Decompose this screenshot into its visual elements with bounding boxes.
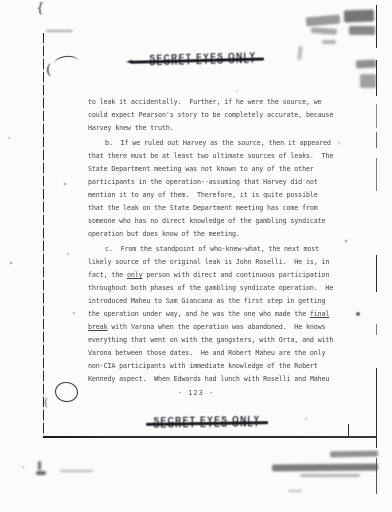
text-line: State Department meeting was not known t… <box>88 163 350 176</box>
smudge-mark <box>360 74 376 88</box>
text-line: c. From the standpoint of who-knew-what,… <box>88 243 350 256</box>
text-line: break with Varona when the operation was… <box>88 321 350 334</box>
pen-tick-mark <box>38 461 41 470</box>
smudge-mark <box>311 27 337 35</box>
page-edge-right <box>376 158 377 191</box>
text-line: that the leak on the State Department me… <box>88 202 350 215</box>
speck <box>305 418 307 420</box>
text-line: likely source of the original leak is Jo… <box>88 256 350 269</box>
page-border-tick <box>348 424 349 437</box>
page-edge-right <box>376 324 377 335</box>
smudge-mark <box>349 26 375 35</box>
pen-paren-mark: ( <box>44 396 48 409</box>
text-line: introduced Maheu to Sam Giancana as the … <box>88 295 350 308</box>
body-text: to leak it accidentally. Further, if he … <box>88 96 350 386</box>
text-line: participants in the operation--assuming … <box>88 176 350 189</box>
text-line: Varona between those dates. He and Rober… <box>88 347 350 360</box>
speck <box>338 142 340 144</box>
text-line: someone who has no direct knowledge of t… <box>88 215 350 228</box>
page-edge-right <box>376 5 377 48</box>
smudge-mark <box>356 59 376 68</box>
page-border-bottom <box>43 436 376 438</box>
page-edge-right <box>376 368 377 448</box>
page-edge-right <box>376 255 377 292</box>
pen-brace-mark: { <box>35 1 44 17</box>
speck <box>10 262 12 264</box>
classification-stamp-bottom: SECRET EYES ONLY SECRET EYES ONLY <box>151 414 263 430</box>
speck <box>236 90 238 92</box>
smudge-mark <box>300 474 360 477</box>
smudge-mark <box>60 470 93 472</box>
pen-paren-mark: ( <box>46 62 51 78</box>
smudge-mark <box>272 464 378 472</box>
text-line: fact, the only person with direct and co… <box>88 269 350 282</box>
page-edge-right <box>376 132 377 148</box>
stamp-text-upper: SECRET EYES ONLY <box>151 414 263 423</box>
text-line: operation but does know of the meeting. <box>88 228 350 241</box>
text-line: could expect Pearson's story to be compl… <box>88 109 350 122</box>
page-edge-right <box>376 104 377 128</box>
speck <box>345 240 347 242</box>
smudge-mark <box>306 15 341 27</box>
text-line: the operation under way, and he was the … <box>88 308 350 321</box>
text-line: to leak it accidentally. Further, if he … <box>88 96 350 109</box>
page-border-left <box>43 33 44 437</box>
speck <box>73 312 75 314</box>
smudge-mark <box>322 40 336 44</box>
speck <box>356 312 360 316</box>
smudge-mark <box>330 451 378 458</box>
text-line: that there must be at least two ultimate… <box>88 150 350 163</box>
text-line: throughout both phases of the gambling s… <box>88 282 350 295</box>
speck <box>22 466 24 468</box>
text-line: non-CIA participants with immediate know… <box>88 360 350 373</box>
document-page: to leak it accidentally. Further, if he … <box>0 0 392 512</box>
text-line: Kennedy aspect. When Edwards had lunch w… <box>88 373 350 386</box>
text-line: b. If we ruled out Harvey as the source,… <box>88 137 350 150</box>
pen-tick-mark <box>36 471 46 475</box>
classification-stamp-top: SECRET EYES ONLY SECRET EYES ONLY <box>147 51 259 68</box>
speck <box>8 137 10 139</box>
pen-circle-mark <box>54 380 80 403</box>
speck <box>67 253 69 255</box>
pen-arc-mark <box>53 55 79 72</box>
smudge-mark <box>46 30 73 32</box>
stamp-text-lower: SECRET EYES ONLY <box>151 424 263 430</box>
text-line: everything that went on with the gangste… <box>88 334 350 347</box>
text-line: Harvey knew the truth. <box>88 122 350 135</box>
smudge-mark <box>297 46 303 60</box>
speck <box>64 183 66 185</box>
smudge-mark <box>288 490 302 492</box>
text-line: mention it to any of them. Therefore, it… <box>88 189 350 202</box>
smudge-mark <box>344 9 374 22</box>
